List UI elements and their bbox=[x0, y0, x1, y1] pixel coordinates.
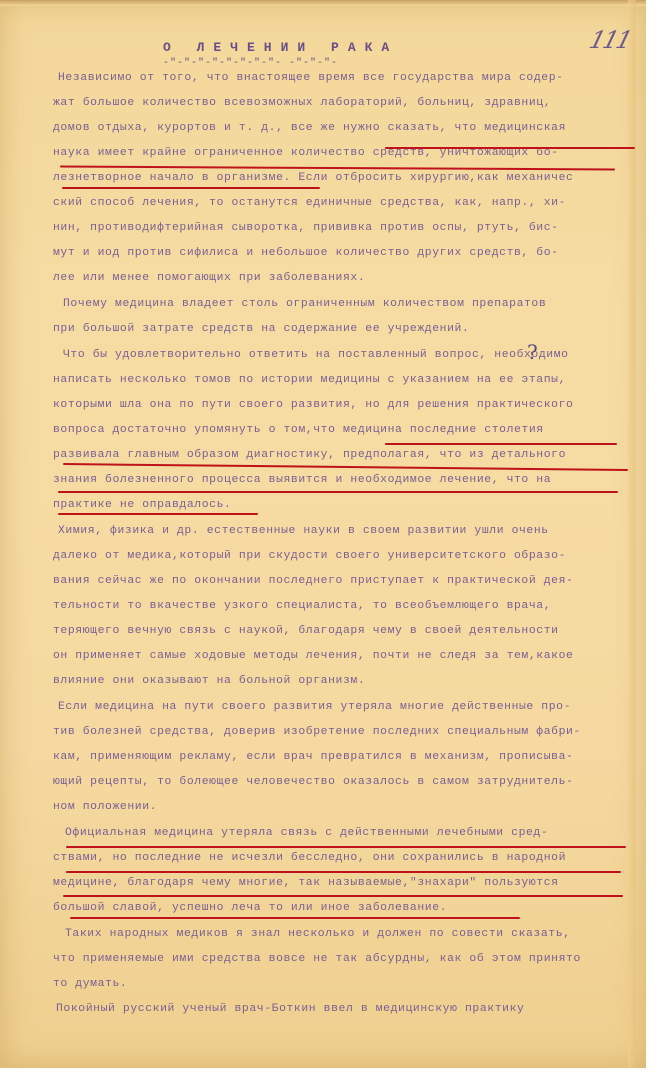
red-underline bbox=[70, 917, 520, 919]
document-page: 111 О ЛЕЧЕНИИ РАКА -"-"-"-"-"-"-"-"- -"-… bbox=[0, 0, 646, 1068]
text-line: Почему медицина владеет столь ограниченн… bbox=[63, 298, 546, 310]
text-line: Химия, физика и др. естественные науки в… bbox=[58, 525, 549, 537]
text-line: ющий рецепты, то болеющее человечество о… bbox=[53, 776, 573, 788]
text-line: лезнетворное начало в организме. Если от… bbox=[53, 172, 573, 184]
text-line: при большой затрате средств на содержани… bbox=[53, 323, 469, 335]
text-line: вания сейчас же по окончании последнего … bbox=[53, 575, 573, 587]
text-line: практике не оправдалось. bbox=[53, 499, 231, 511]
text-line: тельности то вкачестве узкого специалист… bbox=[53, 600, 551, 612]
red-underline bbox=[63, 895, 623, 897]
red-underline bbox=[385, 443, 617, 445]
handwritten-question-mark: ? bbox=[527, 340, 538, 364]
text-line: большой славой, успешно леча то или иное… bbox=[53, 902, 447, 914]
text-line: которыми шла она по пути своего развития… bbox=[53, 399, 573, 411]
text-line: далеко от медика,который при скудости св… bbox=[53, 550, 566, 562]
text-line: влияние они оказывают на больной организ… bbox=[53, 675, 365, 687]
title-underline: -"-"-"-"-"-"-"-"- -"-"-"- bbox=[163, 58, 338, 69]
text-line: вопроса достаточно упомянуть о том,что м… bbox=[53, 424, 544, 436]
document-title: О ЛЕЧЕНИИ РАКА bbox=[163, 40, 398, 55]
text-line: он применяет самые ходовые методы лечени… bbox=[53, 650, 573, 662]
red-underline bbox=[62, 187, 320, 189]
text-line: Таких народных медиков я знал несколько … bbox=[65, 928, 571, 940]
text-line: ствами, но последние не исчезли бесследн… bbox=[53, 852, 566, 864]
red-underline bbox=[58, 491, 618, 493]
text-line: Покойный русский ученый врач-Боткин ввел… bbox=[56, 1003, 524, 1015]
red-underline bbox=[66, 846, 626, 848]
text-line: написать несколько томов по истории меди… bbox=[53, 374, 566, 386]
red-underline bbox=[385, 147, 635, 149]
text-line: что применяемые ими средства вовсе не та… bbox=[53, 953, 581, 965]
red-underline bbox=[60, 166, 615, 171]
text-line: лее или менее помогающих при заболевания… bbox=[53, 272, 365, 284]
text-line: медицине, благодаря чему многие, так наз… bbox=[53, 877, 559, 889]
text-line: тив болезней средства, доверив изобретен… bbox=[53, 726, 581, 738]
text-line: ский способ лечения, то останутся единич… bbox=[53, 197, 566, 209]
text-line: кам, применяющим рекламу, если врач прев… bbox=[53, 751, 573, 763]
text-line: Независимо от того, что внастоящее время… bbox=[58, 72, 564, 84]
text-line: знания болезненного процесса выявится и … bbox=[53, 474, 551, 486]
text-line: нин, противодифтерийная сыворотка, приви… bbox=[53, 222, 559, 234]
red-underline bbox=[58, 513, 258, 515]
text-line: жат большое количество всевозможных лабо… bbox=[53, 97, 551, 109]
text-line: мут и иод против сифилиса и небольшое ко… bbox=[53, 247, 559, 259]
red-underline bbox=[63, 463, 628, 471]
red-underline bbox=[66, 871, 621, 873]
text-line: то думать. bbox=[53, 978, 127, 990]
text-line: Если медицина на пути своего развития ут… bbox=[58, 701, 571, 713]
text-line: домов отдыха, курортов и т. д., все же н… bbox=[53, 122, 566, 134]
text-line: Официальная медицина утеряла связь с дей… bbox=[65, 827, 548, 839]
text-line: Что бы удовлетворительно ответить на пос… bbox=[63, 349, 569, 361]
text-line: теряющего вечную связь с наукой, благода… bbox=[53, 625, 559, 637]
paper-edge bbox=[628, 0, 636, 1068]
folio-number: 111 bbox=[586, 26, 633, 54]
text-line: ном положении. bbox=[53, 801, 157, 813]
text-line: развивала главным образом диагностику, п… bbox=[53, 449, 566, 461]
